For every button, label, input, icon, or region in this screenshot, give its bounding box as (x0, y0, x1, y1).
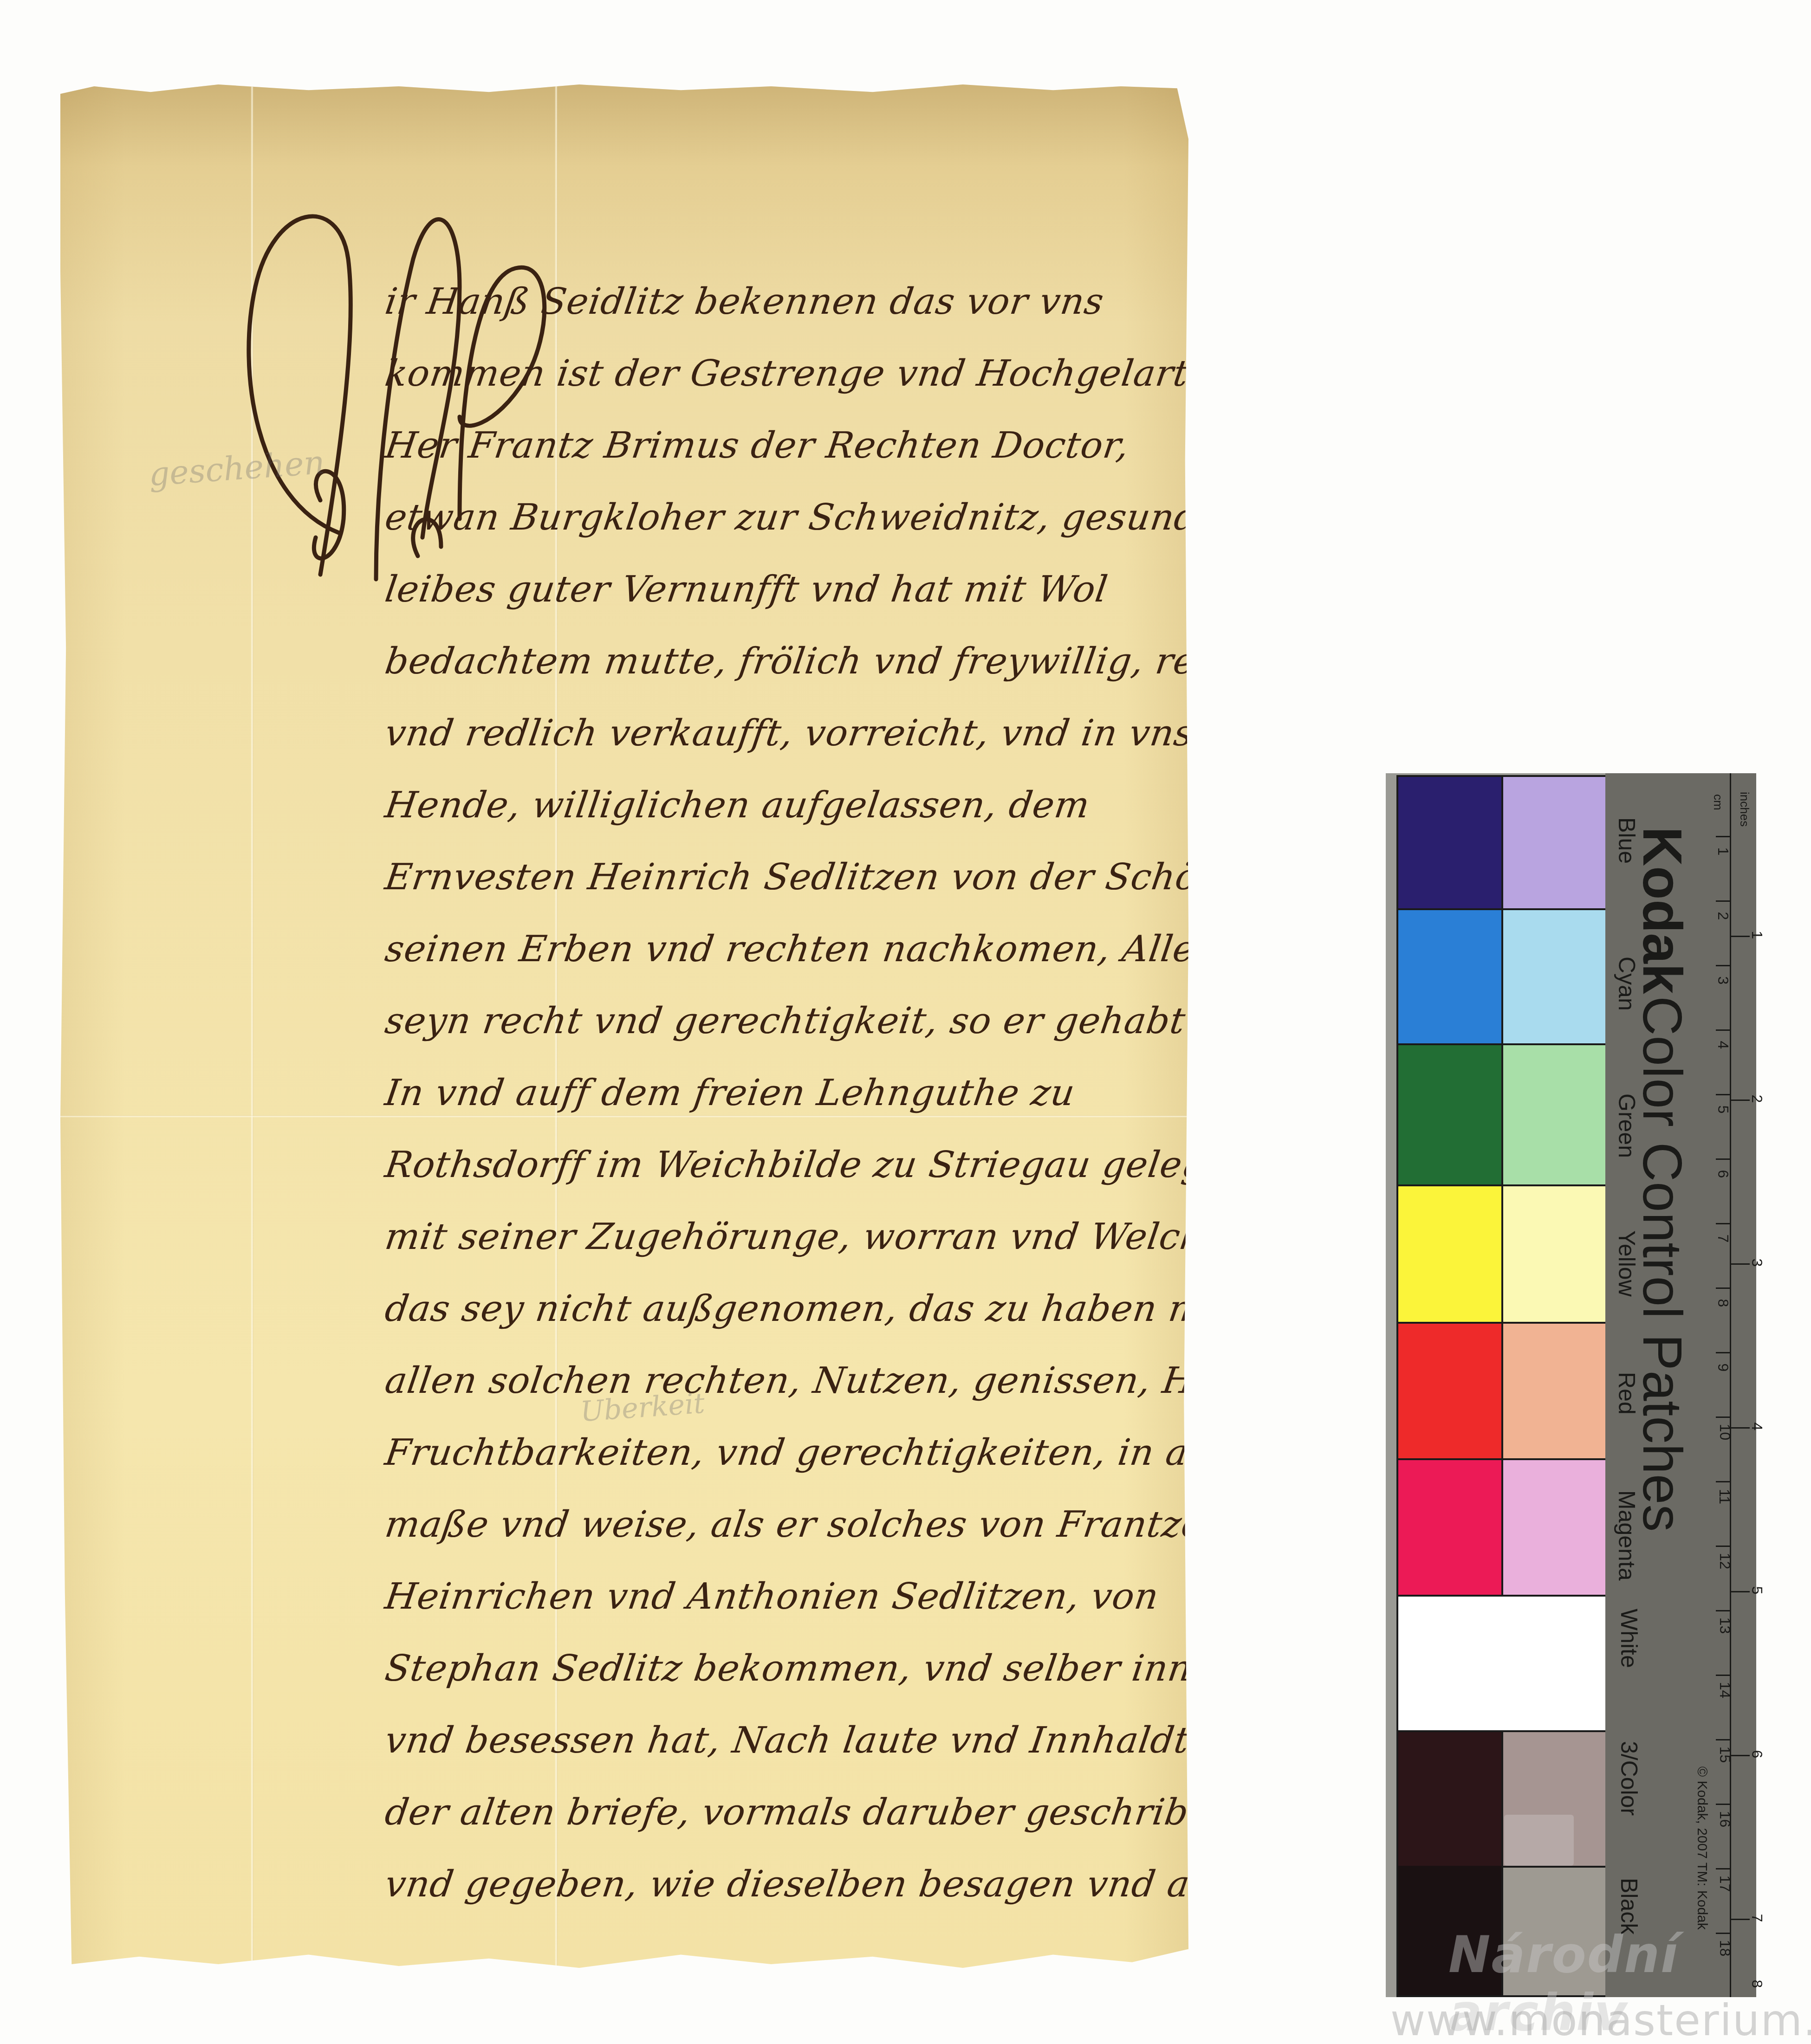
text-line: Fruchtbarkeiten, vnd gerechtigkeiten, in… (380, 1417, 1207, 1489)
kodak-color-target: Blue Cyan Green Yellow Red Magenta White… (1386, 773, 1756, 1997)
cm-label: 2 (1714, 912, 1732, 920)
label-white: White (1616, 1609, 1642, 1668)
patch-cyan-light (1501, 908, 1607, 1045)
text-line: leibes guter Vernunfft vnd hat mit Wol (380, 554, 1207, 626)
text-line: seyn recht vnd gerechtigkeit, so er geha… (380, 985, 1207, 1057)
patch-green-light (1501, 1043, 1607, 1186)
text-line: Rothsdorff im Weichbilde zu Striegau gel… (380, 1129, 1207, 1201)
cm-label: 7 (1714, 1235, 1732, 1243)
text-line: etwan Burgkloher zur Schweidnitz, gesund… (380, 482, 1207, 554)
cm-label: 13 (1716, 1617, 1733, 1634)
patch-cyan-dark (1396, 908, 1503, 1045)
patch-magenta-light (1501, 1458, 1607, 1597)
cm-label: 3 (1714, 977, 1732, 985)
cm-tick (1716, 1094, 1730, 1095)
text-line: vnd besessen hat, Nach laute vnd Innhald… (380, 1705, 1207, 1777)
cm-label: 9 (1714, 1364, 1732, 1372)
inch-tick (1731, 1263, 1750, 1265)
text-line: Her Frantz Brimus der Rechten Doctor, (380, 410, 1207, 482)
cm-tick (1716, 965, 1730, 966)
text-line: maße vnd weise, als er solches von Frant… (380, 1489, 1207, 1561)
patch-blue-light (1501, 775, 1607, 910)
cm-label: 14 (1716, 1682, 1733, 1699)
cm-tick (1716, 1158, 1730, 1160)
kodak-title: Kodak Color Control Patches (1630, 827, 1694, 1532)
patch-green-dark (1396, 1043, 1503, 1186)
text-line: In vnd auff dem freien Lehnguthe zu (380, 1057, 1207, 1129)
text-line: das sey nicht außgenomen, das zu haben m… (380, 1273, 1207, 1345)
text-line: Stephan Sedlitz bekommen, vnd selber inn… (380, 1633, 1207, 1705)
label-3color: 3/Color (1616, 1741, 1642, 1816)
text-line: mit seiner Zugehörunge, worran vnd Welch… (380, 1201, 1207, 1273)
text-line: seinen Erben vnd rechten nachkomen, Alle… (380, 913, 1207, 985)
patch-red-light (1501, 1322, 1607, 1460)
kodak-logo: Kodak (1631, 827, 1693, 994)
inch-label: 2 (1748, 1095, 1766, 1103)
text-line: vnd redlich verkaufft, vorreicht, vnd in… (380, 698, 1207, 770)
patch-red-dark (1396, 1322, 1503, 1460)
inch-label: 6 (1748, 1750, 1766, 1759)
text-line: bedachtem mutte, frölich vnd freywillig,… (380, 626, 1207, 698)
text-line: kommen ist der Gestrenge vnd Hochgelarth… (380, 338, 1207, 410)
ruler-strip: Blue Cyan Green Yellow Red Magenta White… (1605, 773, 1756, 1997)
patch-magenta-dark (1396, 1458, 1503, 1597)
cm-tick (1716, 1223, 1730, 1224)
inch-tick (1731, 1755, 1750, 1756)
cm-label: 17 (1716, 1876, 1733, 1892)
cm-label: 6 (1714, 1170, 1732, 1178)
cm-label: 1 (1714, 847, 1732, 856)
cm-tick (1716, 1546, 1730, 1547)
inch-tick (1731, 1919, 1750, 1920)
inch-tick (1731, 1591, 1750, 1592)
text-line: der alten briefe, vormals daruber geschr… (380, 1777, 1207, 1849)
target-title: Color Control Patches (1631, 996, 1693, 1532)
cm-label: 5 (1714, 1106, 1732, 1114)
cm-tick (1716, 1287, 1730, 1289)
cm-label: 4 (1714, 1041, 1732, 1049)
cm-tick (1716, 1868, 1730, 1869)
unit-cm: cm (1711, 794, 1725, 810)
patch-white (1396, 1595, 1607, 1732)
cm-tick (1716, 1739, 1730, 1740)
text-line: allen solchen rechten, Nutzen, genissen,… (380, 1345, 1207, 1417)
cm-tick (1716, 836, 1730, 837)
inch-label: 1 (1748, 931, 1766, 939)
inch-tick (1731, 1427, 1750, 1429)
unit-inches: inches (1737, 792, 1752, 827)
inch-tick (1731, 1100, 1750, 1101)
patch-3color-dark (1396, 1730, 1503, 1868)
text-line: ir Hanß Seidlitz bekennen das vor vns (380, 266, 1207, 338)
cm-tick (1716, 1417, 1730, 1418)
text-line: Ernvesten Heinrich Sedlitzen von der Sch… (380, 841, 1207, 913)
cm-tick (1716, 1804, 1730, 1805)
archive-logo-icon (1504, 1815, 1574, 1866)
cm-tick (1716, 900, 1730, 902)
text-line: Heinrichen vnd Anthonien Sedlitzen, von (380, 1561, 1207, 1633)
cm-label: 11 (1716, 1489, 1733, 1504)
cm-tick (1716, 1029, 1730, 1031)
text-line: vnd gegeben, wie dieselben besagen vnd a… (380, 1849, 1207, 1921)
cm-label: 8 (1714, 1299, 1732, 1307)
inch-tick (1731, 936, 1750, 937)
manuscript-page: geschehen Uberkeit ir Hanß Seidlitz beke… (60, 83, 1188, 1968)
cm-tick (1716, 1481, 1730, 1482)
cm-label: 16 (1716, 1811, 1733, 1828)
text-line: Hende, williglichen aufgelassen, dem (380, 770, 1207, 841)
patch-yellow-dark (1396, 1184, 1503, 1324)
inch-label: 3 (1748, 1259, 1766, 1267)
cm-tick (1716, 1352, 1730, 1353)
site-watermark: www.monasterium.net (1390, 1996, 1811, 2044)
cm-label: 12 (1716, 1553, 1733, 1570)
manuscript-text: ir Hanß Seidlitz bekennen das vor vns ko… (385, 266, 1202, 1921)
patch-blue-dark (1396, 775, 1503, 910)
inch-label: 4 (1748, 1423, 1766, 1431)
patch-yellow-light (1501, 1184, 1607, 1324)
copyright-text: © Kodak, 2007 TM: Kodak (1694, 1766, 1710, 1930)
inch-label: 5 (1748, 1586, 1766, 1595)
cm-tick (1716, 1610, 1730, 1611)
inch-label: 7 (1748, 1914, 1766, 1922)
cm-tick (1716, 1675, 1730, 1676)
cm-label: 10 (1716, 1424, 1733, 1441)
